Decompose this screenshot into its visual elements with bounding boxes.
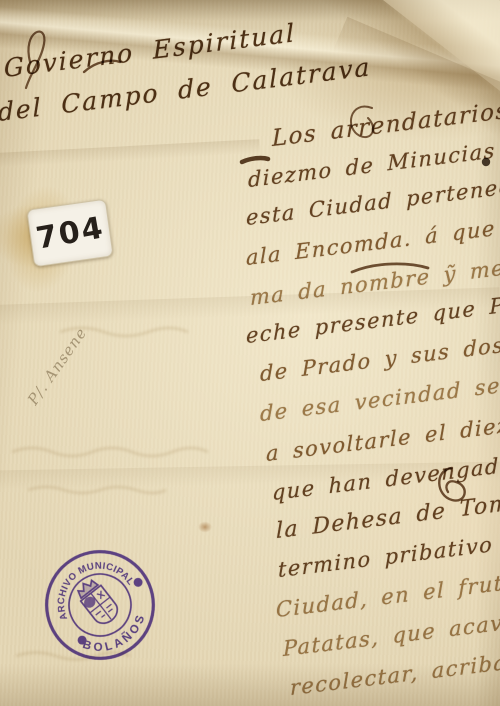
manuscript-scan: Govierno Espiritual del Campo de Calatra… <box>0 0 500 706</box>
pencil-annotation: P/. Ansene <box>24 324 91 408</box>
archive-stamp: ARCHIVO MUNICIPAL BOLAÑOS <box>13 518 186 691</box>
archive-number-label: 704 <box>26 199 113 268</box>
crease-under-header <box>0 139 260 171</box>
stamp-crest <box>73 576 122 628</box>
archive-number: 704 <box>33 210 107 256</box>
